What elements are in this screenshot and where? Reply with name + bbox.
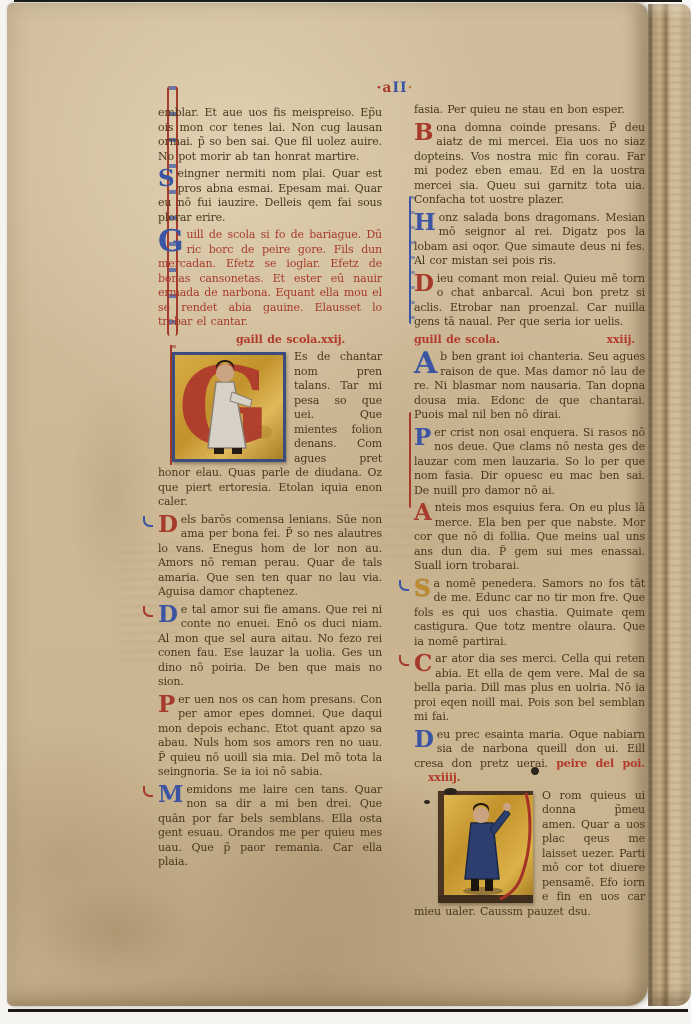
- drop-cap-initial: A: [414, 501, 432, 524]
- song-paragraph: O rom quieus ui donna p̃meu amen. Quar a…: [414, 789, 645, 920]
- quire-numeral: II: [392, 80, 407, 96]
- text-paragraph: Seingner nermiti nom plai. Quar est pros…: [158, 167, 382, 225]
- text-paragraph: De tal amor sui fie amans. Que rei ni co…: [158, 603, 382, 690]
- drop-cap-initial: P: [158, 693, 175, 716]
- drop-cap-initial: A: [414, 350, 437, 378]
- rubric-title-inline: peire del poi.: [556, 757, 645, 770]
- paragraph-mark-icon: [143, 606, 153, 617]
- text-paragraph: Bona domna coinde presans. P̃ deu aiatz …: [414, 121, 645, 208]
- quire-prefix: ·a: [377, 80, 393, 96]
- ink-blot: [424, 800, 430, 804]
- quire-signature: ·aII·: [340, 80, 450, 96]
- rubric-title: guill de scola.: [414, 333, 500, 348]
- text-paragraph: Dels barōs comensa lenians. Sūe non ama …: [158, 513, 382, 600]
- vida-paragraph: Guill de scola si fo de bariague. Dū ric…: [158, 228, 382, 330]
- right-text-column: fasia. Per quieu ne stau en bon esper. B…: [414, 103, 645, 922]
- drop-cap-initial: G: [158, 228, 183, 256]
- text-paragraph: emblar. Et aue uos fis meispreiso. Ep̃u …: [158, 106, 382, 164]
- song-paragraph: G Es de chantar nom pren talans. Tar mi …: [158, 350, 382, 510]
- photo-bottom-edge: [8, 1009, 688, 1012]
- book-page-edges: [648, 4, 691, 1006]
- parchment-stain: [37, 883, 197, 983]
- parchment-stain: [67, 383, 157, 603]
- ink-blot: [531, 767, 539, 775]
- historiated-initial-G: G: [172, 352, 286, 462]
- chapter-rubric: guill de scola. xxiij.: [414, 333, 645, 348]
- drop-cap-initial: S: [414, 577, 430, 600]
- text-paragraph: Per crist non osai enquera. Si rasos nō …: [414, 426, 645, 499]
- drop-cap-initial: D: [414, 272, 434, 295]
- drop-cap-initial: D: [414, 728, 434, 751]
- paragraph-mark-icon: [143, 786, 153, 797]
- paragraph-mark-icon: [399, 655, 409, 666]
- paragraph-mark-icon: [399, 580, 409, 591]
- rubric-title: gaill de scola.: [236, 333, 321, 348]
- rubric-number: xxij.: [321, 333, 345, 348]
- text-paragraph: Honz salada bons dragomans. Mesian mō se…: [414, 211, 645, 269]
- drop-cap-initial: M: [158, 783, 183, 806]
- drop-cap-initial: H: [414, 211, 436, 234]
- peire-miniature-icon: [438, 791, 533, 903]
- text-paragraph: fasia. Per quieu ne stau en bon esper.: [414, 103, 645, 118]
- miniature-panel: [438, 791, 533, 903]
- drop-cap-initial: S: [158, 167, 174, 190]
- text-paragraph: Memidons me laire cen tans. Quar non sa …: [158, 783, 382, 870]
- drop-cap-initial: C: [414, 652, 432, 675]
- ink-blot: [444, 788, 457, 795]
- initial-g-miniature-icon: G: [172, 352, 286, 462]
- text-paragraph: Anteis mos esquius fera. On eu plus lā m…: [414, 501, 645, 574]
- text-paragraph: Car ator dia ses merci. Cella qui reten …: [414, 652, 645, 725]
- drop-cap-initial: P: [414, 426, 431, 449]
- text-paragraph: Ab ben grant ioi chanteria. Seu agues ra…: [414, 350, 645, 423]
- chapter-rubric: gaill de scola. xxij.: [158, 333, 382, 348]
- rubric-number-inline: xxiiij.: [428, 771, 460, 784]
- drop-cap-initial: B: [414, 121, 433, 144]
- drop-cap-initial: D: [158, 513, 178, 536]
- photo-top-edge: [14, 0, 682, 2]
- text-paragraph: Deu prec esainta maria. Oque nabiarn sia…: [414, 728, 645, 786]
- drop-cap-initial: D: [158, 603, 178, 626]
- rubric-number: xxiij.: [607, 333, 635, 348]
- quire-suffix: ·: [408, 80, 414, 96]
- text-paragraph: Dieu comant mon reial. Quieu mē torn o c…: [414, 272, 645, 330]
- left-text-column: emblar. Et aue uos fis meispreiso. Ep̃u …: [158, 106, 382, 873]
- paragraph-mark-icon: [143, 516, 153, 527]
- text-paragraph: Sa nomē penedera. Samors no fos tāt de m…: [414, 577, 645, 650]
- text-paragraph: Per uen nos os can hom presans. Con per …: [158, 693, 382, 780]
